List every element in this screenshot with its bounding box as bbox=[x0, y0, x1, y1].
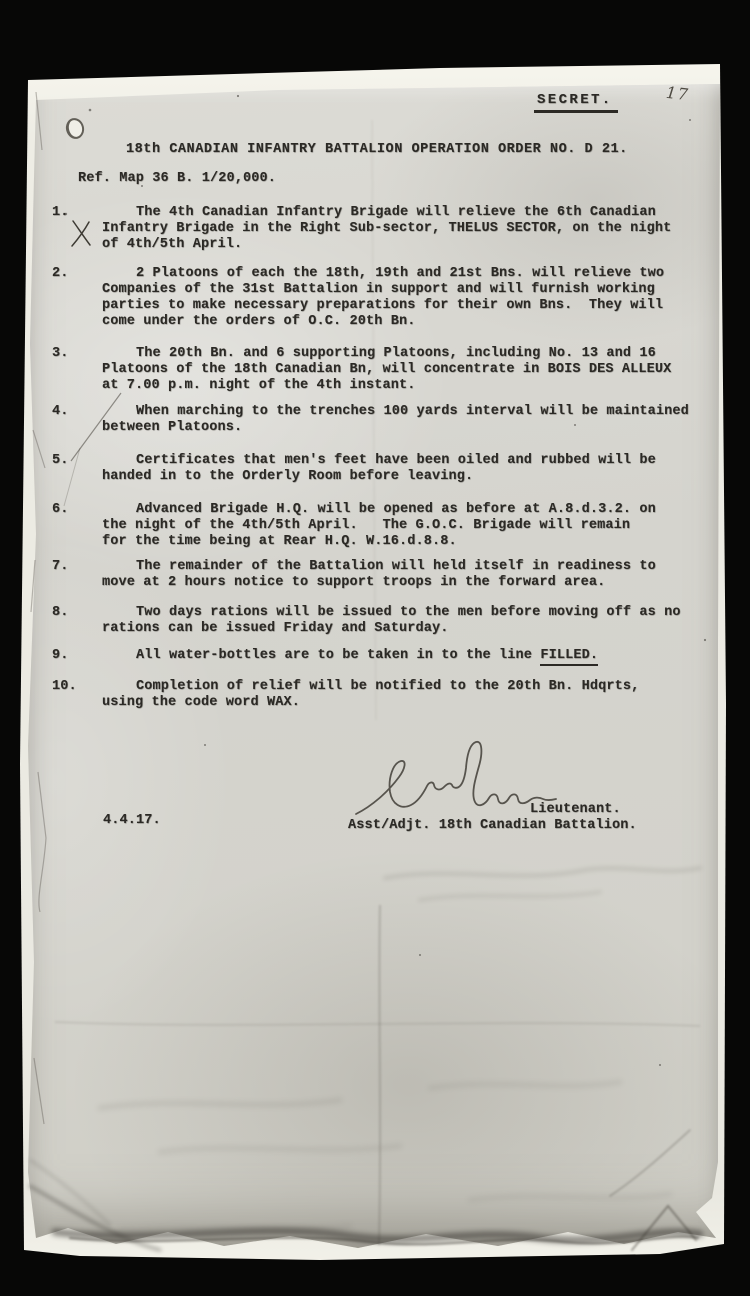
item-text: 2 Platoons of each the 18th, 19th and 21… bbox=[102, 266, 664, 330]
item-number: 4. bbox=[52, 404, 69, 420]
item-number: 3. bbox=[52, 346, 69, 362]
item-line: When marching to the trenches 100 yards … bbox=[102, 404, 689, 420]
item-line: Advanced Brigade H.Q. will be opened as … bbox=[102, 502, 656, 518]
signer-role: Asst/Adjt. 18th Canadian Battalion. bbox=[348, 818, 637, 834]
item-number: 7. bbox=[52, 559, 69, 575]
item-line: handed in to the Orderly Room before lea… bbox=[102, 469, 656, 485]
punch-hole-mark bbox=[64, 116, 87, 141]
item-number: 1. bbox=[52, 205, 69, 221]
handwritten-page-number: 17 bbox=[665, 85, 690, 103]
item-line: 2 Platoons of each the 18th, 19th and 21… bbox=[102, 266, 664, 282]
classification-label: SECRET. bbox=[534, 92, 618, 113]
date-line: 4.4.17. bbox=[103, 813, 161, 829]
item-line: Certificates that men's feet have been o… bbox=[102, 453, 656, 469]
item-line: for the time being at Rear H.Q. W.16.d.8… bbox=[102, 534, 656, 550]
item-line: rations can be issued Friday and Saturda… bbox=[102, 621, 681, 637]
item-number: 5. bbox=[52, 453, 69, 469]
item-line: Completion of relief will be notified to… bbox=[102, 679, 639, 695]
item-line: of 4th/5th April. bbox=[102, 237, 671, 253]
item-line: Two days rations will be issued to the m… bbox=[102, 605, 681, 621]
item-line: at 7.00 p.m. night of the 4th instant. bbox=[102, 378, 671, 394]
item-line: the night of the 4th/5th April. The G.O.… bbox=[102, 518, 656, 534]
map-reference: Ref. Map 36 B. 1/20,000. bbox=[78, 171, 276, 187]
item-text: Certificates that men's feet have been o… bbox=[102, 453, 656, 485]
item-number: 2. bbox=[52, 266, 69, 282]
item-text: Two days rations will be issued to the m… bbox=[102, 605, 681, 637]
item-line: Companies of the 31st Battalion in suppo… bbox=[102, 282, 664, 298]
item-number: 10. bbox=[52, 679, 77, 695]
item-number: 6. bbox=[52, 502, 69, 518]
item-text: When marching to the trenches 100 yards … bbox=[102, 404, 689, 436]
item-number: 9. bbox=[52, 648, 69, 664]
item-line: between Platoons. bbox=[102, 420, 689, 436]
item-line: come under the orders of O.C. 20th Bn. bbox=[102, 314, 664, 330]
item-text: The 4th Canadian Infantry Brigade will r… bbox=[102, 205, 671, 253]
item-number: 8. bbox=[52, 605, 69, 621]
item-line: The remainder of the Battalion will held… bbox=[102, 559, 656, 575]
item-text: Completion of relief will be notified to… bbox=[102, 679, 639, 711]
document-title: 18th CANADIAN INFANTRY BATTALION OPERATI… bbox=[126, 142, 628, 158]
item-text: The remainder of the Battalion will held… bbox=[102, 559, 656, 591]
item-text: Advanced Brigade H.Q. will be opened as … bbox=[102, 502, 656, 550]
item-line: Infantry Brigade in the Right Sub-sector… bbox=[102, 221, 671, 237]
item-line: The 20th Bn. and 6 supporting Platoons, … bbox=[102, 346, 671, 362]
item-line: All water-bottles are to be taken in to … bbox=[102, 648, 598, 664]
item-line: move at 2 hours notice to support troops… bbox=[102, 575, 656, 591]
document-paper: SECRET. 17 18th CANADIAN INFANTRY BATTAL… bbox=[28, 82, 720, 1248]
item-line: Platoons of the 18th Canadian Bn, will c… bbox=[102, 362, 671, 378]
item-line: parties to make necessary preparations f… bbox=[102, 298, 664, 314]
item-line: The 4th Canadian Infantry Brigade will r… bbox=[102, 205, 671, 221]
signer-rank: Lieutenant. bbox=[530, 802, 621, 818]
item-text: The 20th Bn. and 6 supporting Platoons, … bbox=[102, 346, 671, 394]
item-line: using the code word WAX. bbox=[102, 695, 639, 711]
archival-scan-page: { "page": { "classification": "SECRET.",… bbox=[0, 0, 750, 1296]
item-text: All water-bottles are to be taken in to … bbox=[102, 648, 598, 664]
